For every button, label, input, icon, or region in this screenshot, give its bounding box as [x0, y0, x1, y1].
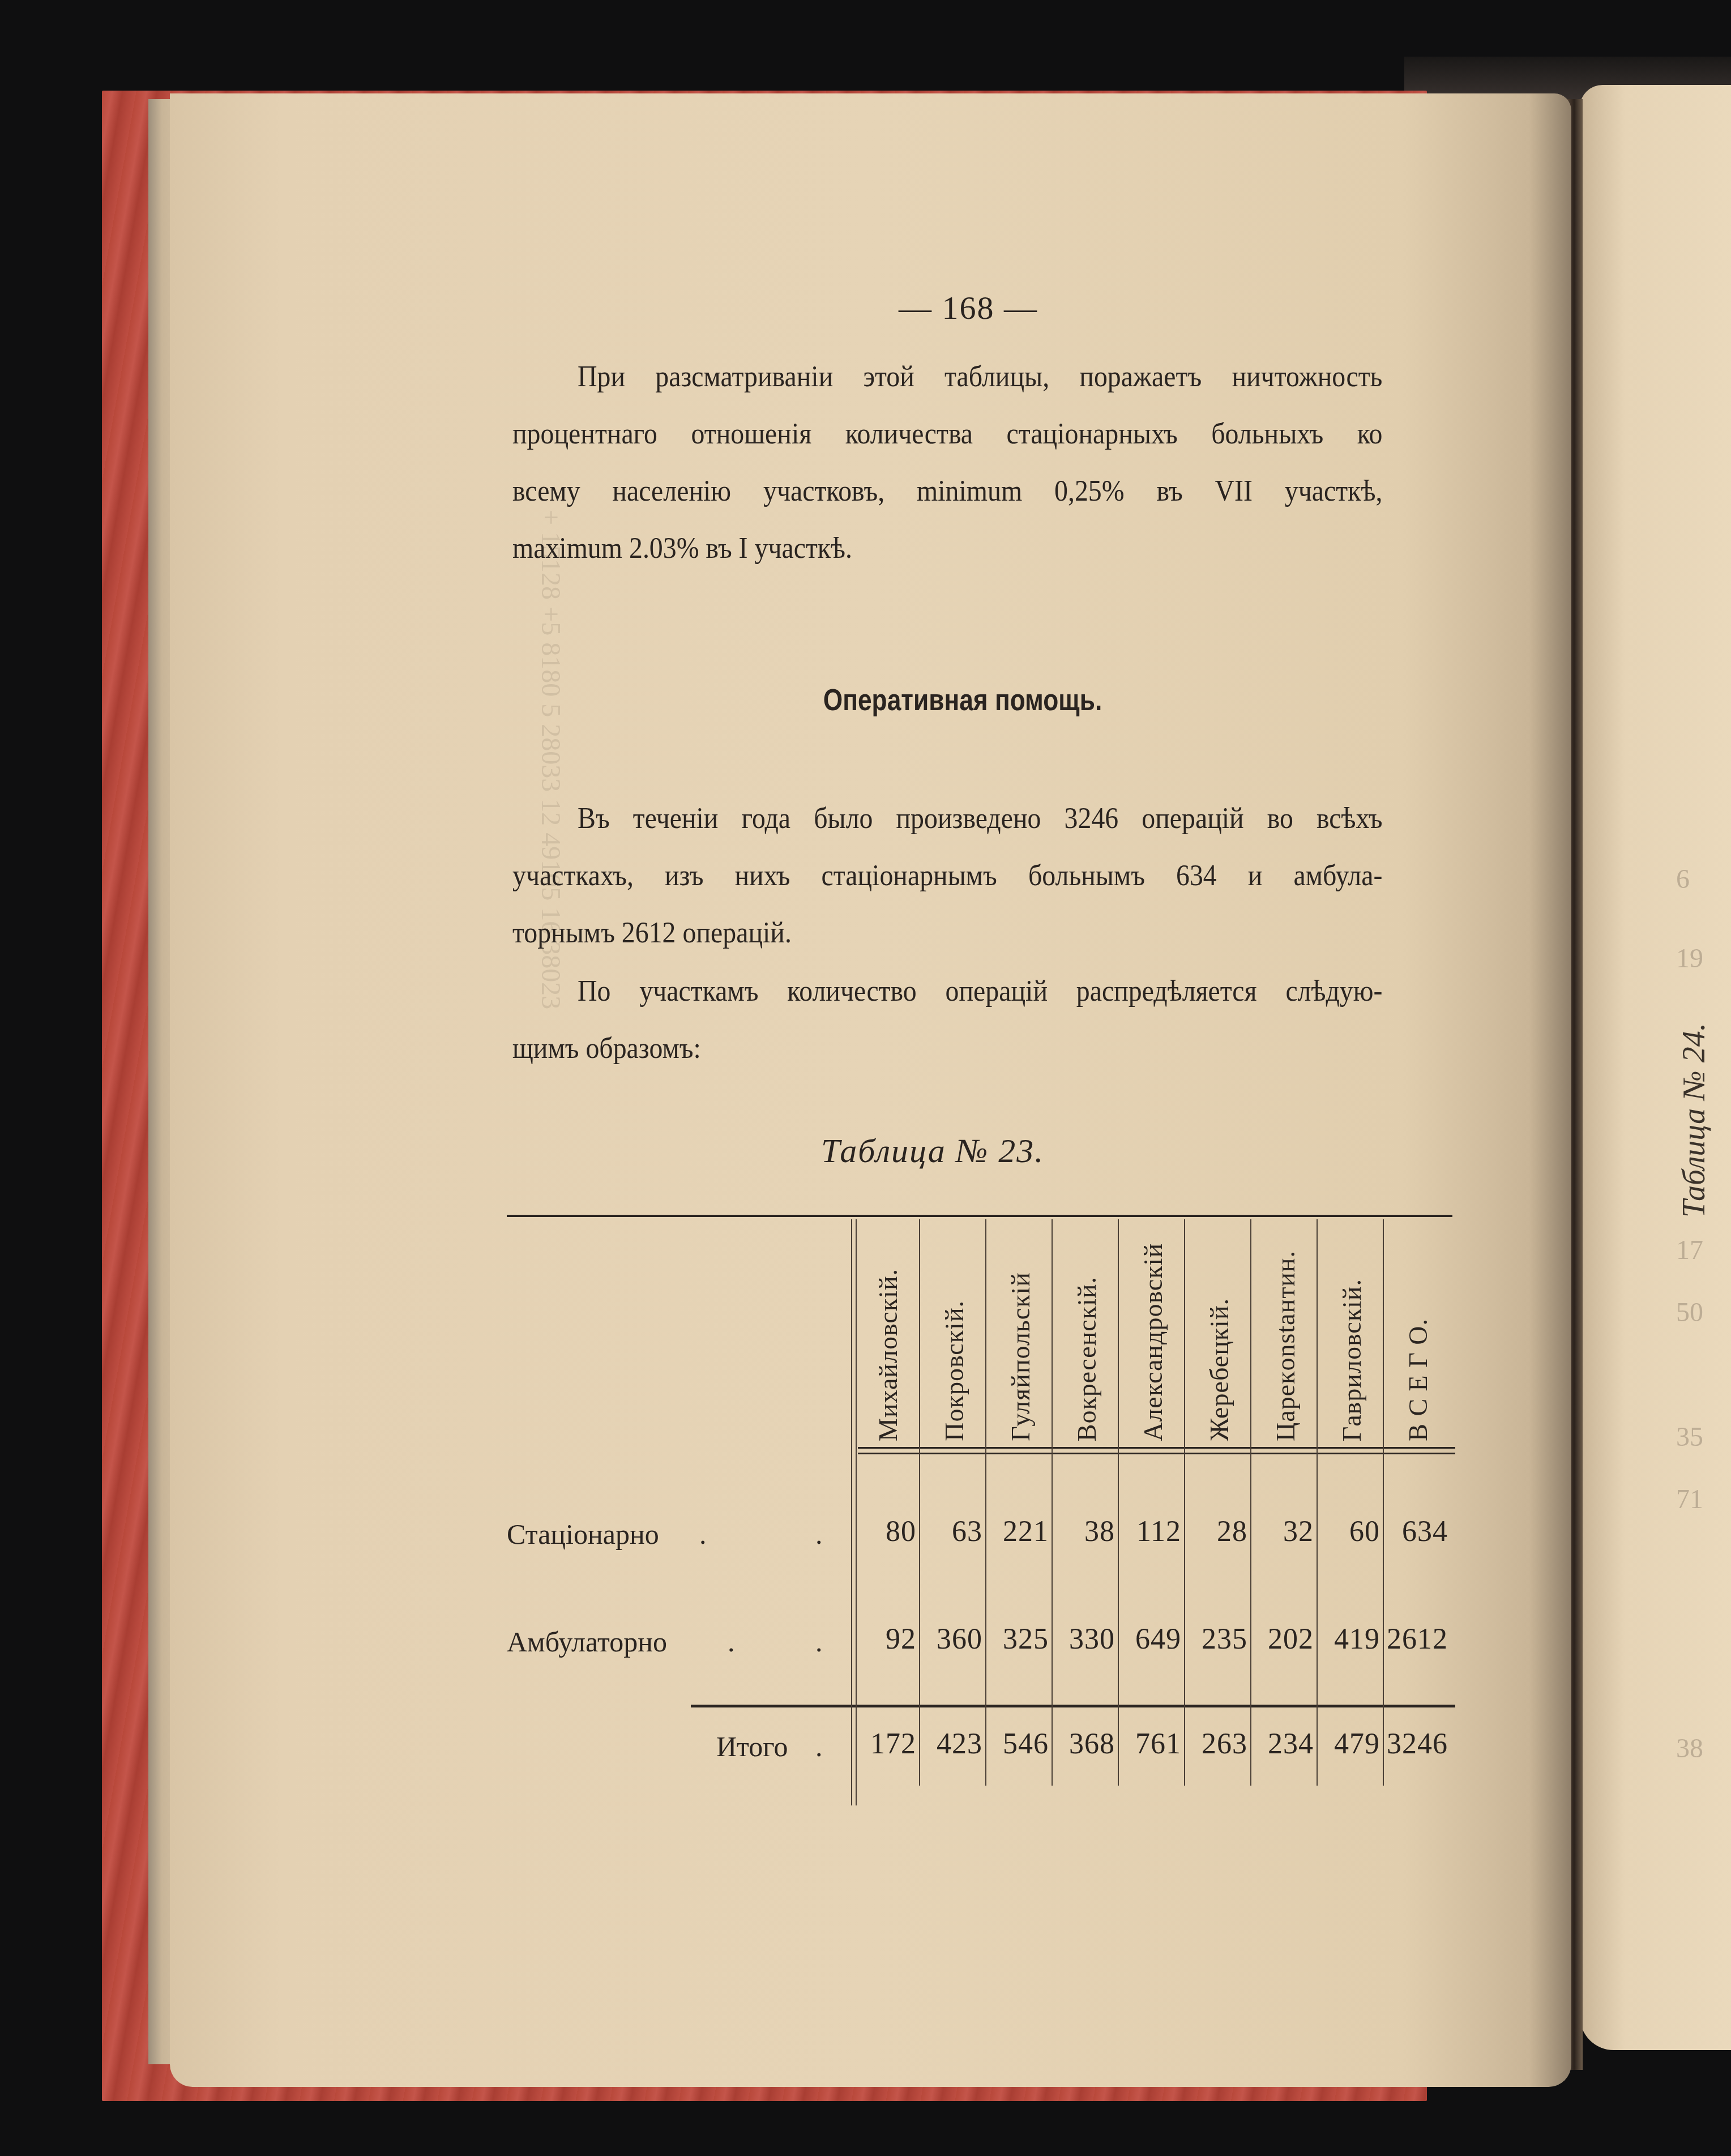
- table-top-rule: [507, 1215, 1452, 1217]
- col-header-label: Михайловскiй.: [873, 1269, 903, 1441]
- col-header-label: Александровскiй: [1138, 1243, 1168, 1441]
- col-divider: [1118, 1219, 1119, 1786]
- col-header-pokrovsky: Покровскiй.: [923, 1226, 985, 1441]
- text-line: При разсматриванiи этой таблицы, поражае…: [512, 348, 1382, 405]
- operations-table: Михайловскiй. Покровскiй. Гуляйпольскiй …: [507, 1215, 1464, 1809]
- table-cell: 649: [1116, 1623, 1181, 1656]
- col-header-label: Покровскiй.: [939, 1300, 969, 1441]
- col-header-label: Жеребецкiй.: [1204, 1298, 1234, 1441]
- text-line: щимъ образомъ:: [512, 1020, 1382, 1077]
- faint-number: 38: [1676, 1733, 1703, 1764]
- table-cell-total: 423: [917, 1727, 982, 1761]
- table-cell: 38: [1050, 1515, 1115, 1548]
- col-header-zherebetsky: Жеребецкiй.: [1188, 1226, 1250, 1441]
- table-cell-total: 761: [1116, 1727, 1181, 1761]
- faint-number: 17: [1676, 1235, 1703, 1266]
- table-cell-total: 3246: [1383, 1727, 1448, 1761]
- table-cell: 32: [1249, 1515, 1314, 1548]
- faint-number: 50: [1676, 1297, 1703, 1328]
- col-divider: [1383, 1219, 1384, 1786]
- faint-number: 71: [1676, 1484, 1703, 1515]
- table-cell: 80: [851, 1515, 916, 1548]
- text-line: торнымъ 2612 операцiй.: [512, 904, 1382, 962]
- col-header-label: Вокресенскiй.: [1072, 1276, 1102, 1441]
- paragraph-intro: При разсматриванiи этой таблицы, поражае…: [512, 348, 1382, 577]
- text-line: Въ теченiи года было произведено 3246 оп…: [512, 790, 1382, 847]
- table-cell: 330: [1050, 1623, 1115, 1656]
- text-line: По участкамъ количество операцiй распред…: [512, 963, 1382, 1020]
- table-cell: 63: [917, 1515, 982, 1548]
- leader-dots: .: [728, 1625, 735, 1658]
- table-cell-total: 172: [851, 1727, 916, 1761]
- table-cell: 28: [1182, 1515, 1247, 1548]
- label-divider-1: [851, 1219, 852, 1805]
- leader-dots: .: [815, 1730, 823, 1763]
- col-divider: [1250, 1219, 1251, 1786]
- leader-dots: .: [815, 1625, 823, 1658]
- table-cell: 112: [1116, 1515, 1181, 1548]
- table-cell: 325: [984, 1623, 1049, 1656]
- faint-number: 35: [1676, 1421, 1703, 1453]
- table-cell-total: 546: [984, 1727, 1049, 1761]
- col-header-label: Гуляйпольскiй: [1006, 1272, 1036, 1441]
- col-header-aleksandrovsky: Александровскiй: [1122, 1226, 1184, 1441]
- col-header-label: Гавриловскiй.: [1337, 1279, 1367, 1441]
- table-cell: 2612: [1383, 1623, 1448, 1656]
- col-header-gulyaipolsky: Гуляйпольскiй: [989, 1226, 1052, 1441]
- page-number: — 168 —: [883, 289, 1053, 327]
- table-cell-total: 368: [1050, 1727, 1115, 1761]
- text-line: участкахъ, изъ нихъ стацiонарнымъ больны…: [512, 847, 1382, 904]
- table-cell: 360: [917, 1623, 982, 1656]
- text-line: процентнаго отношенiя количества стацiон…: [512, 405, 1382, 463]
- leader-dots: .: [699, 1518, 707, 1551]
- col-header-label: В С Е Г О.: [1403, 1318, 1433, 1441]
- row-label-ambulatory: Амбулаторно: [507, 1625, 667, 1658]
- paragraph-distribution: По участкамъ количество операцiй распред…: [512, 963, 1382, 1077]
- col-divider: [919, 1219, 920, 1786]
- table-cell: 92: [851, 1623, 916, 1656]
- faint-number: 19: [1676, 943, 1703, 974]
- col-header-total: В С Е Г О.: [1387, 1226, 1449, 1441]
- table-cell: 202: [1249, 1623, 1314, 1656]
- next-page-table-caption: Таблица № 24.: [1676, 1023, 1712, 1218]
- table-caption: Таблица № 23.: [821, 1132, 1161, 1171]
- sum-rule: [691, 1705, 1455, 1707]
- text-line: maximum 2.03% въ I участкѣ.: [512, 520, 1382, 577]
- table-cell-total: 479: [1315, 1727, 1380, 1761]
- table-cell: 221: [984, 1515, 1049, 1548]
- col-header-tsarekonstantin: Царекonstантин.: [1254, 1226, 1317, 1441]
- col-header-mikhailovsky: Михайловскiй.: [857, 1226, 919, 1441]
- leader-dots: .: [815, 1518, 823, 1551]
- section-heading: Оперативная помощь.: [777, 682, 1148, 718]
- table-cell: 235: [1182, 1623, 1247, 1656]
- table-cell: 60: [1315, 1515, 1380, 1548]
- table-cell: 419: [1315, 1623, 1380, 1656]
- col-header-gavrilovsky: Гавриловскiй.: [1320, 1226, 1383, 1441]
- col-header-vokresensky: Вокресенскiй.: [1055, 1226, 1118, 1441]
- col-divider: [1317, 1219, 1318, 1786]
- col-divider: [1184, 1219, 1185, 1786]
- header-rule-2: [858, 1453, 1455, 1454]
- table-cell-total: 234: [1249, 1727, 1314, 1761]
- row-label-total: Итого: [716, 1730, 788, 1763]
- paragraph-operations: Въ теченiи года было произведено 3246 оп…: [512, 790, 1382, 962]
- row-label-stationary: Стацiонарно: [507, 1518, 659, 1551]
- faint-number: 6: [1676, 864, 1690, 895]
- text-line: всему населенiю участковъ, minimum 0,25%…: [512, 463, 1382, 520]
- table-cell: 634: [1383, 1515, 1448, 1548]
- table-cell-total: 263: [1182, 1727, 1247, 1761]
- col-divider: [985, 1219, 986, 1786]
- header-rule-1: [858, 1447, 1455, 1449]
- col-divider: [1052, 1219, 1053, 1786]
- col-header-label: Царекonstантин.: [1271, 1250, 1301, 1441]
